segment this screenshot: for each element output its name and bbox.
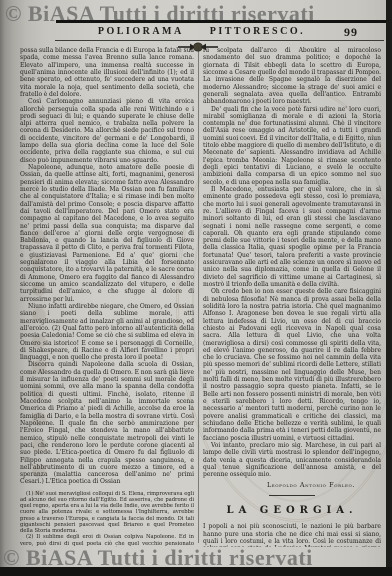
scan-top-edge-line xyxy=(56,20,392,23)
scan-bottom-edge xyxy=(0,567,392,576)
paragraph: Oh credo ben io non esser queste delle c… xyxy=(203,288,381,442)
page-number: 99 xyxy=(344,25,358,40)
section-paragraphs: I popoli a noi più sconosciuti, le nazio… xyxy=(203,523,381,547)
paragraph: Discorra quindi Napoleone dalla scuola d… xyxy=(20,361,194,485)
footnotes: (1) Ne' suoi meravigliosi colloqui di S.… xyxy=(20,491,194,547)
text-columns: possa sulla bilance della Francia e di E… xyxy=(20,47,384,547)
paragraph: I popoli a noi più sconosciuti, le nazio… xyxy=(203,523,381,547)
journal-title-right: PITTORESCO. xyxy=(210,26,305,37)
scanned-page: { "colors": { "paper": "#cfcdc7", "ink":… xyxy=(0,0,392,576)
paragraph: Così Carlomagno annunziasi pieno di vita… xyxy=(20,98,194,164)
paragraph: Napoleone, adunque, noto amatore delle p… xyxy=(20,164,194,303)
left-column-paragraphs: possa sulla bilance della Francia e di E… xyxy=(20,47,194,486)
journal-title-left: POLIORAMA xyxy=(98,26,184,37)
column-rule xyxy=(198,47,199,543)
paragraph: fu scolpata dall'arco di Aboukire al mir… xyxy=(203,47,381,106)
paragraph: Il Macedone, entusiasta per quel valore,… xyxy=(203,186,381,288)
right-column: fu scolpata dall'arco di Aboukire al mir… xyxy=(203,47,381,547)
right-column-paragraphs: fu scolpata dall'arco di Aboukire al mir… xyxy=(203,47,381,478)
scan-right-edge xyxy=(386,0,392,576)
footnote: (1) Ne' suoi meravigliosi colloqui di S.… xyxy=(20,491,194,535)
left-column: possa sulla bilance della Francia e di E… xyxy=(20,47,194,547)
section-title: LA GEORGIA. xyxy=(203,505,381,516)
paragraph: Niuno infatti ardirebbe niegare, che Ome… xyxy=(20,303,194,362)
watermark-top: © BiASA Tutti i diritti riservati xyxy=(5,1,315,27)
author-signature: Leopoldo Antonio Forleo. xyxy=(203,481,381,489)
paragraph: Voi intanto, preclaro mio sig. Marchese,… xyxy=(203,442,381,479)
section-divider-rule xyxy=(269,495,315,496)
masthead: POLIORAMA PITTORESCO. xyxy=(20,26,383,39)
paragraph: De' quali fin che la voce potè farsi udi… xyxy=(203,106,381,186)
masthead-rule xyxy=(55,40,384,41)
paragraph: possa sulla bilance della Francia e di E… xyxy=(20,47,194,98)
